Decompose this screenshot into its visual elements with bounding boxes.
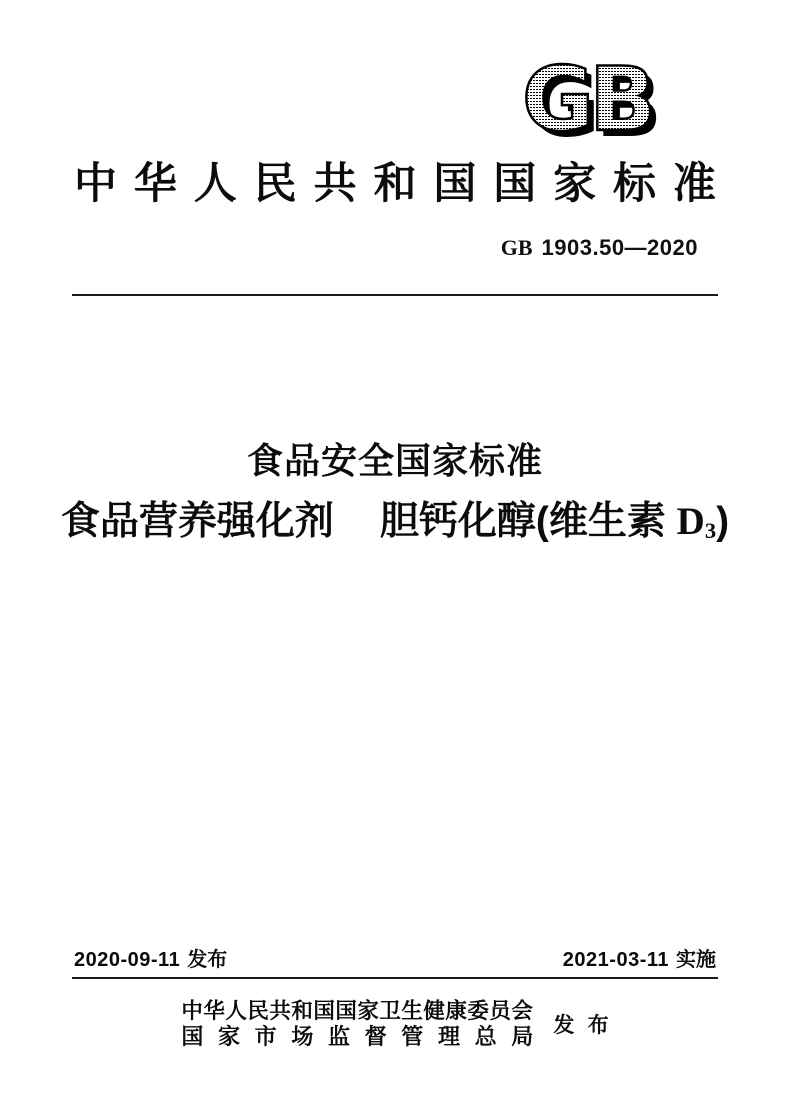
implement-date: 2021-03-11 [563, 949, 669, 971]
char: 总 [475, 1024, 497, 1049]
document-title-line2: 食品营养强化剂胆钙化醇(维生素 D3) [0, 499, 790, 554]
char: 中 [74, 162, 117, 208]
bottom-divider-rule [72, 977, 718, 979]
gb-standard-logo-icon: GB GB [518, 58, 670, 144]
national-standard-header: 中华人民共和国国家标准 [74, 162, 716, 208]
char: 家 [218, 1024, 240, 1049]
issue-date: 2020-09-11 [74, 949, 180, 971]
char: 国 [433, 162, 476, 208]
char: 人 [194, 162, 237, 208]
implement-label: 实施 [676, 949, 716, 971]
char: 和 [373, 162, 416, 208]
char: 标 [613, 162, 656, 208]
publisher-agency-2: 国家市场监督管理总局 [181, 1024, 533, 1049]
standard-code-prefix: GB [501, 235, 533, 260]
char: 管 [401, 1024, 423, 1049]
char: 监 [328, 1024, 350, 1049]
document-page: GB GB 中华人民共和国国家标准 GB1903.50—2020 食品安全国家标… [0, 0, 790, 1116]
title-substance-category: 食品营养强化剂 [61, 500, 334, 543]
char: 国 [181, 1024, 203, 1049]
dates-row: 2020-09-11发布 2021-03-11实施 [74, 948, 716, 972]
issue-label: 发布 [187, 949, 227, 971]
char: 民 [254, 162, 297, 208]
char: 场 [291, 1024, 313, 1049]
standard-code: GB1903.50—2020 [501, 236, 698, 260]
char: 家 [553, 162, 596, 208]
char: 华 [134, 162, 177, 208]
char: 督 [365, 1024, 387, 1049]
issue-date-group: 2020-09-11发布 [74, 948, 227, 972]
title-close-paren: ) [716, 500, 729, 543]
document-title-line1: 食品安全国家标准 [0, 441, 790, 481]
gb-logo-text: GB [522, 58, 651, 144]
char: 准 [673, 162, 716, 208]
publisher-agency-1: 中华人民共和国国家卫生健康委员会 [181, 999, 533, 1024]
vitamin-subscript: 3 [705, 518, 716, 543]
vitamin-symbol: D [677, 500, 705, 543]
char: 局 [511, 1024, 533, 1049]
publisher-agencies: 中华人民共和国国家卫生健康委员会 国家市场监督管理总局 [181, 999, 533, 1049]
publisher-block: 中华人民共和国国家卫生健康委员会 国家市场监督管理总局 发 布 [0, 999, 790, 1049]
title-substance-name: 胆钙化醇(维生素 [380, 500, 677, 543]
standard-code-number: 1903.50—2020 [542, 235, 698, 260]
char: 市 [255, 1024, 277, 1049]
implement-date-group: 2021-03-11实施 [563, 948, 716, 972]
char: 国 [493, 162, 536, 208]
publish-label: 发 布 [553, 1009, 608, 1039]
top-divider-rule [72, 294, 718, 296]
char: 理 [438, 1024, 460, 1049]
char: 共 [314, 162, 357, 208]
